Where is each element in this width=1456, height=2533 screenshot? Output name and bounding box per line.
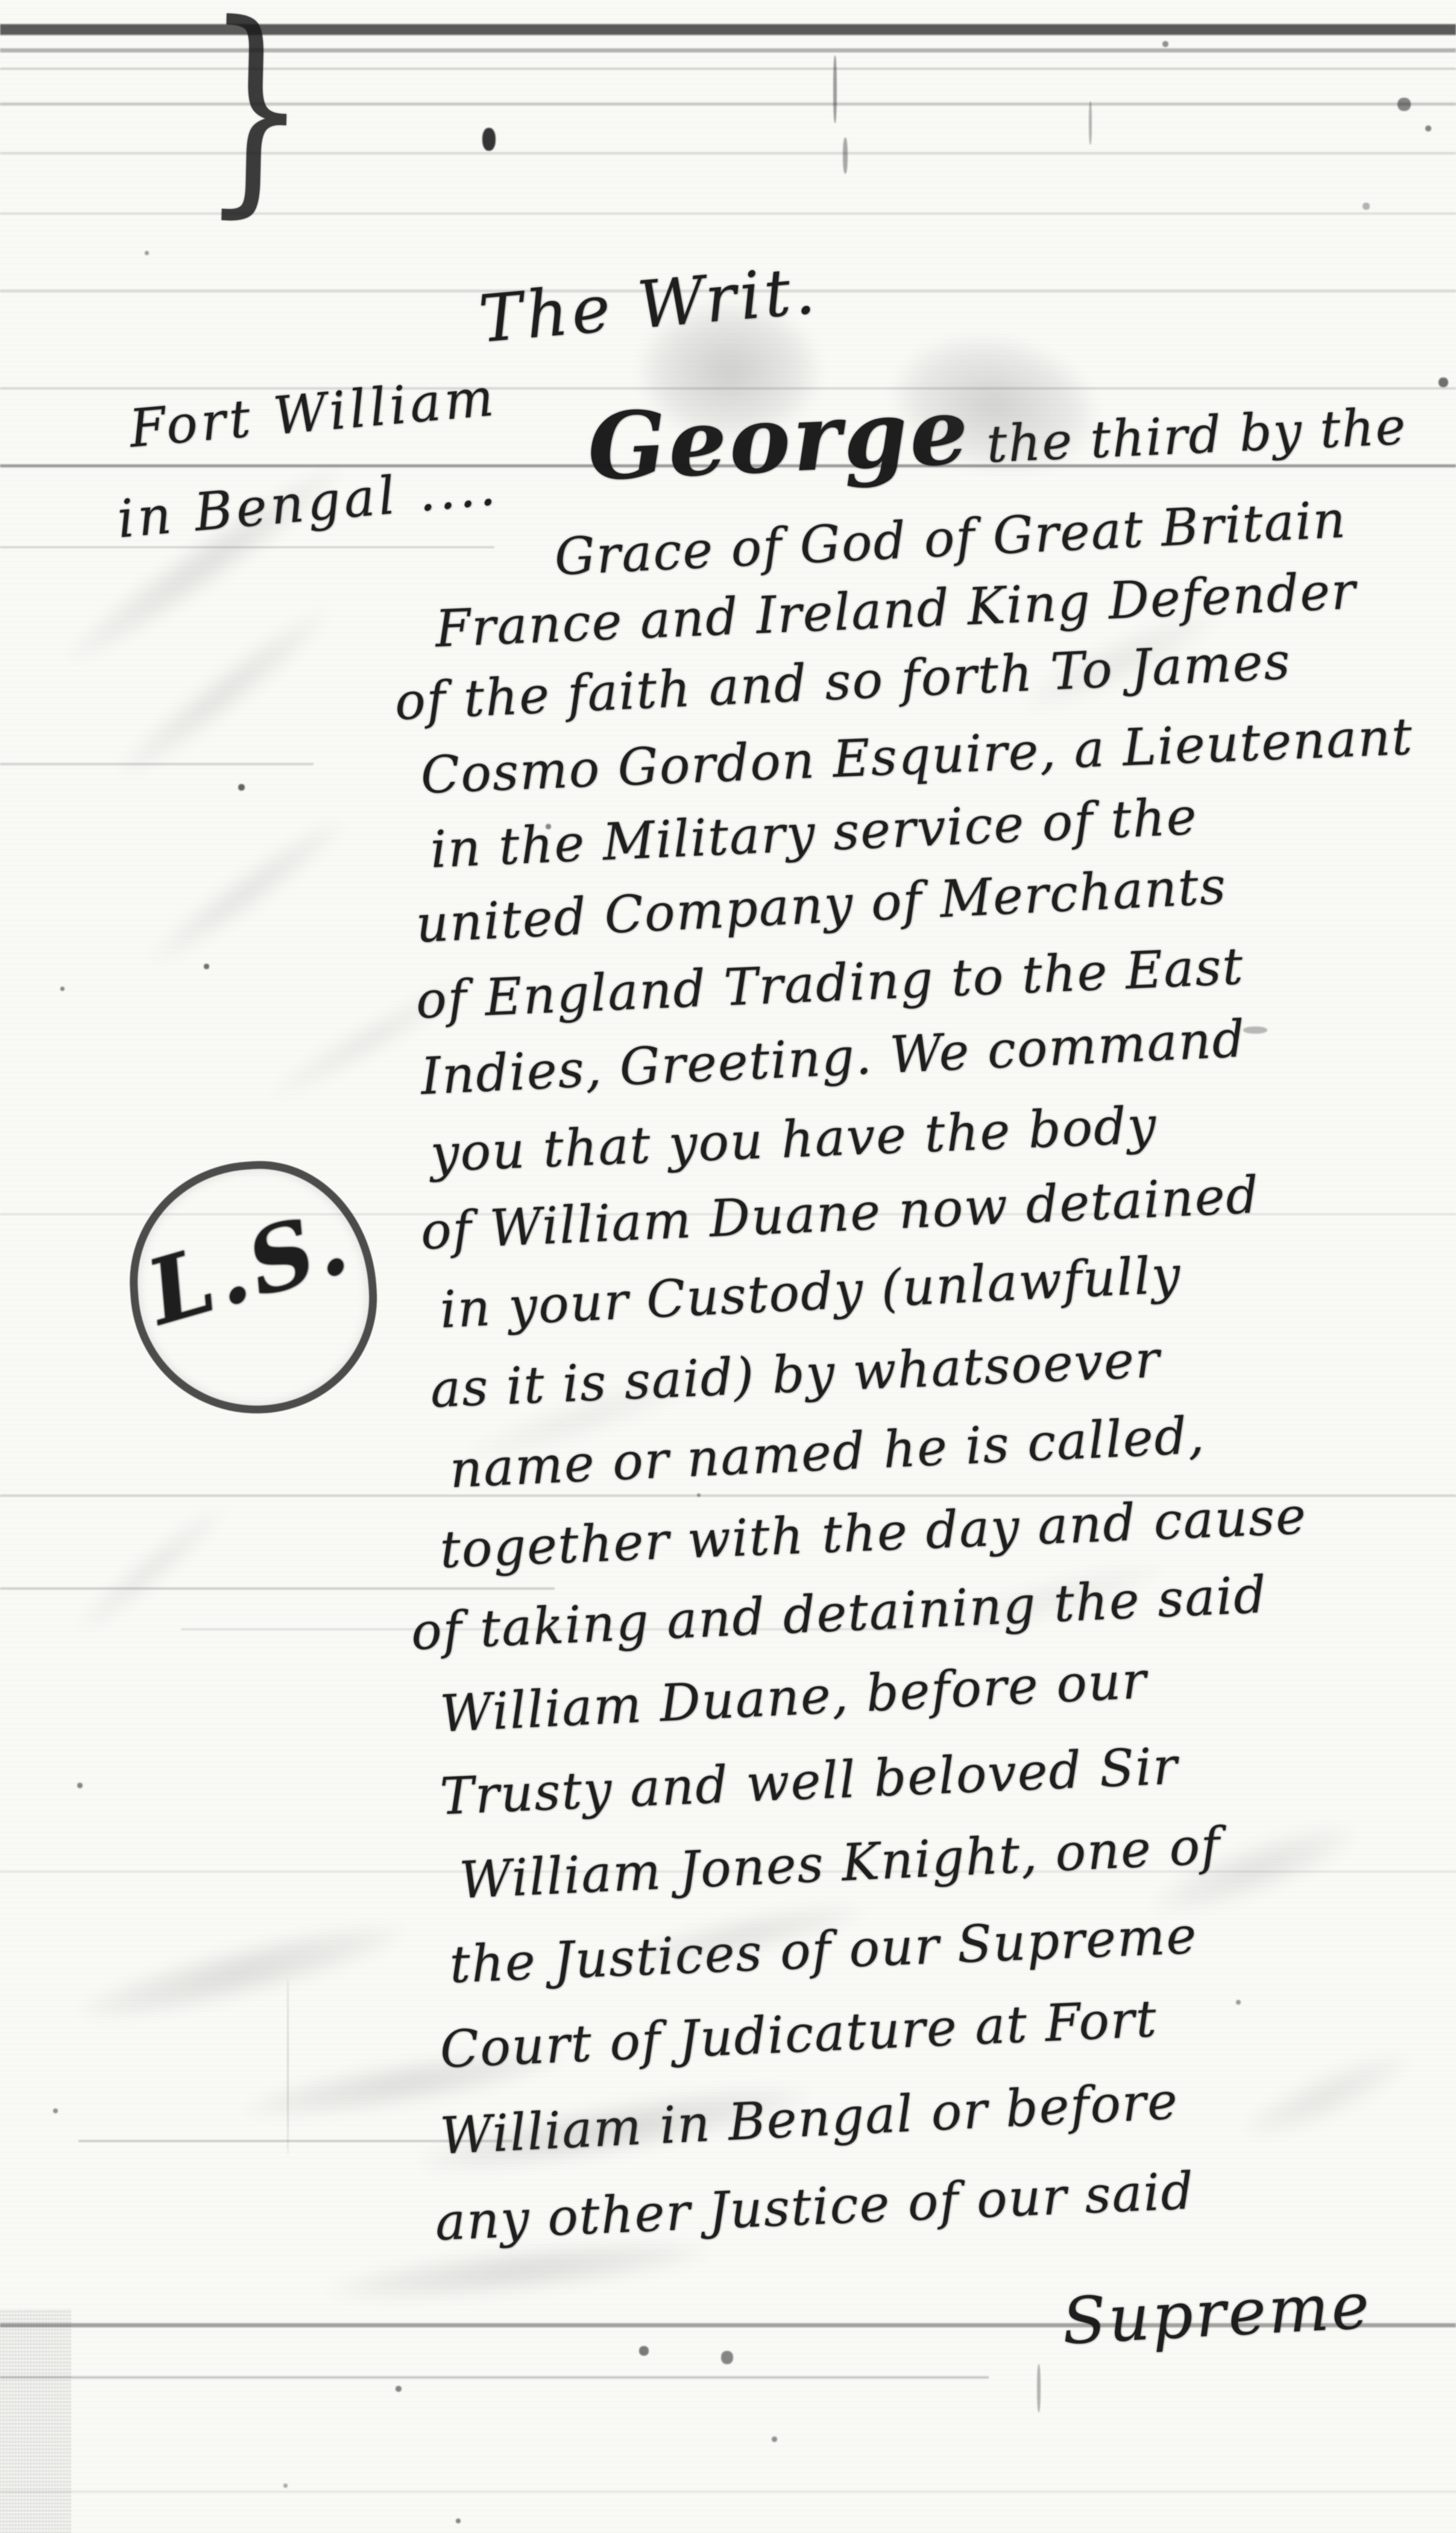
body-line: William Duane, before our: [439, 1651, 1149, 1744]
body-line: any other Justice of our said: [434, 2161, 1196, 2252]
body-line: name or named he is called,: [449, 1405, 1206, 1499]
ink-speck: [283, 2484, 288, 2488]
ink-speck: [721, 2351, 733, 2364]
document-title: The Writ.: [476, 253, 822, 358]
margin-brace-glyph: }: [201, 0, 1255, 286]
ink-speck: [60, 987, 65, 991]
ink-speck: [204, 964, 209, 969]
ink-speck: [1398, 98, 1411, 111]
bleedthrough-smudge: [72, 1908, 411, 2036]
scan-streak: [0, 763, 314, 765]
body-line: as it is said) by whatsoever: [429, 1330, 1162, 1419]
ink-speck: [1037, 2364, 1041, 2412]
body-opening-line: Georgethe third by the: [585, 358, 1408, 501]
ink-speck: [1243, 1026, 1267, 1034]
body-line: in your Custody (unlawfully: [439, 1245, 1183, 1340]
ink-speck: [1425, 125, 1431, 131]
ink-speck: [1236, 2000, 1241, 2005]
body-line: of taking and detaining the said: [410, 1565, 1268, 1662]
ink-speck: [639, 2346, 649, 2356]
bleedthrough-smudge: [140, 807, 355, 976]
ink-speck: [697, 1493, 701, 1497]
ink-speck: [1439, 378, 1448, 387]
ink-speck: [396, 2386, 402, 2392]
scan-streak: [0, 546, 494, 548]
bleedthrough-smudge: [107, 598, 339, 789]
body-line: you that you have the body: [429, 1096, 1158, 1183]
scan-streak: [0, 1587, 555, 1590]
body-line: William in Bengal or before: [439, 2071, 1180, 2165]
opening-royal-name: George: [585, 376, 972, 501]
scanned-writ-page: The Writ. Fort William in Bengal .... } …: [0, 0, 1456, 2533]
scan-streak: [0, 2491, 1456, 2493]
body-line: together with the day and cause: [439, 1487, 1308, 1580]
scan-streak: [0, 2376, 989, 2379]
scan-grit-patch: [0, 2309, 71, 2533]
margin-note-place-line2: in Bengal ....: [115, 457, 502, 550]
body-line: William Jones Knight, one of: [458, 1816, 1222, 1910]
bleedthrough-smudge: [68, 1497, 234, 1643]
bleedthrough-smudge: [1235, 2040, 1418, 2152]
ink-speck: [287, 1979, 289, 2154]
catchword-supreme: Supreme: [1060, 2268, 1373, 2359]
ink-speck: [772, 2437, 777, 2442]
seal-ls-label: L.S.: [136, 1187, 362, 1345]
body-line: Trusty and well beloved Sir: [439, 1737, 1179, 1827]
ink-speck: [238, 784, 245, 791]
ink-speck: [53, 2108, 58, 2113]
seal-circle: L.S.: [122, 1153, 385, 1421]
body-line: Court of Judicature at Fort: [439, 1989, 1159, 2079]
opening-line-rest: the third by the: [985, 397, 1408, 474]
margin-note-place-line1: Fort William: [127, 367, 500, 460]
body-line: the Justices of our Supreme: [449, 1906, 1199, 1994]
ink-speck: [145, 251, 149, 255]
ink-speck: [77, 1783, 83, 1788]
ink-speck: [1363, 203, 1370, 210]
ink-speck: [456, 2519, 461, 2523]
